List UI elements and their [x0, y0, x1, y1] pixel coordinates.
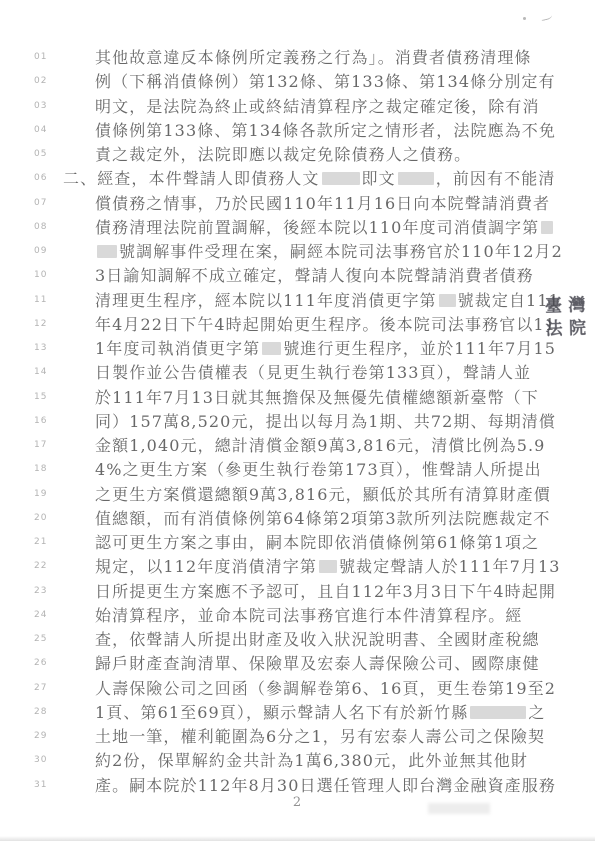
- document-line: 11清理更生程序，經本院以111年度消債更字第號裁定自111: [0, 289, 595, 313]
- line-text: 認可更生方案之事由，嗣本院即依消債條例第61條第1項之: [95, 531, 539, 555]
- document-line: 19之更生方案償還總額9萬3,816元，顯低於其所有清算財產價: [0, 483, 595, 507]
- line-text: 規定，以112年度消債清字第號裁定聲請人於111年7月13: [95, 555, 561, 579]
- document-line: 131年度司執消債更字第號進行更生程序，並於111年7月15: [0, 337, 595, 361]
- line-text: 人壽保險公司之回函（參調解卷第6、16頁，更生卷第19至2: [95, 677, 556, 701]
- document-line: 30約2份，保單解約金共計為1萬6,380元，此外並無其他財: [0, 749, 595, 773]
- line-text: 例（下稱消債條例）第132條、第133條、第134條分別定有: [95, 70, 556, 94]
- redaction-box: [398, 172, 434, 185]
- line-number: 19: [34, 483, 62, 499]
- line-number: 02: [34, 70, 62, 86]
- redaction-box: [97, 245, 117, 258]
- line-number: 12: [34, 313, 62, 329]
- document-body: 01其他故意違反本條例所定義務之行為」。消費者債務清理條02例（下稱消債條例）第…: [0, 46, 595, 798]
- line-text: 4%之更生方案（參更生執行卷第173頁），惟聲請人所提出: [95, 458, 542, 482]
- line-number: 09: [34, 240, 62, 256]
- document-line: 15於111年7月13日就其無擔保及無優先債權總額新臺幣（下: [0, 386, 595, 410]
- scan-artifact-dot: [523, 17, 526, 20]
- redaction-box: [470, 706, 526, 719]
- line-number: 26: [34, 652, 62, 668]
- court-seal-char: 臺: [545, 296, 563, 316]
- line-number: 17: [34, 434, 62, 450]
- line-text: 償債務之情事，乃於民國110年11月16日向本院聲請消費者: [95, 192, 550, 216]
- line-number: 31: [34, 774, 62, 790]
- line-number: 29: [34, 725, 62, 741]
- line-number: 07: [34, 192, 62, 208]
- document-line: 02例（下稱消債條例）第132條、第133條、第134條分別定有: [0, 70, 595, 94]
- line-number: 20: [34, 507, 62, 523]
- document-line: 29土地一筆，權利範圍為6分之1，另有宏泰人壽公司之保險契: [0, 725, 595, 749]
- line-text: 年4月22日下午4時起開始更生程序。後本院司法事務官以11: [95, 313, 556, 337]
- line-text: 其他故意違反本條例所定義務之行為」。消費者債務清理條: [95, 46, 532, 70]
- line-text: 3日諭知調解不成立確定，聲請人復向本院聲請消費者債務: [95, 264, 534, 288]
- document-line: 24始清算程序，並命本院司法事務官進行本件清算程序。經: [0, 604, 595, 628]
- line-text: 債務清理法院前置調解，後經本院以110年度司消債調字第: [95, 216, 555, 240]
- court-seal-char: 院: [569, 318, 587, 338]
- redaction-box: [439, 294, 456, 307]
- line-number: 30: [34, 749, 62, 765]
- line-text: 同）157萬8,520元，提出以每月為1期、共72期、每期清償: [95, 410, 556, 434]
- line-text: 金額1,040元，總計清償金額9萬3,816元，清償比例為5.9: [95, 434, 545, 458]
- document-line: 25查，依聲請人所提出財產及收入狀況說明書、全國財產稅總: [0, 628, 595, 652]
- line-number: 13: [34, 337, 62, 353]
- document-line: 09號調解事件受理在案，嗣經本院司法事務官於110年12月2: [0, 240, 595, 264]
- document-line: 01其他故意違反本條例所定義務之行為」。消費者債務清理條: [0, 46, 595, 70]
- court-seal-char: 灣: [568, 296, 586, 316]
- court-seal: 臺 灣 法 院: [541, 294, 589, 340]
- document-line: 20值總額，而有消債條例第64條第2項第3款所列法院應裁定不: [0, 507, 595, 531]
- document-line: 04債條例第133條、第134條各款所定之情形者，法院應為不免: [0, 119, 595, 143]
- document-line: 103日諭知調解不成立確定，聲請人復向本院聲請消費者債務: [0, 264, 595, 288]
- document-line: 281頁、第61至69頁），顯示聲請人名下有於新竹縣之: [0, 701, 595, 725]
- scanned-court-document-page: 01其他故意違反本條例所定義務之行為」。消費者債務清理條02例（下稱消債條例）第…: [0, 0, 595, 841]
- page-number: 2: [0, 795, 595, 810]
- line-number: 24: [34, 604, 62, 620]
- line-text: 二、經查，本件聲請人即債務人文即文，前因有不能清: [63, 167, 555, 191]
- document-line: 12年4月22日下午4時起開始更生程序。後本院司法事務官以11: [0, 313, 595, 337]
- line-number: 01: [34, 46, 62, 62]
- line-text: 日所提更生方案應不予認可，且自112年3月3日下午4時起開: [95, 580, 556, 604]
- redaction-box: [322, 172, 360, 185]
- line-number: 03: [34, 95, 62, 111]
- line-text: 1頁、第61至69頁），顯示聲請人名下有於新竹縣之: [95, 701, 545, 725]
- document-line: 17金額1,040元，總計清償金額9萬3,816元，清償比例為5.9: [0, 434, 595, 458]
- line-number: 21: [34, 531, 62, 547]
- redaction-box: [319, 560, 337, 573]
- line-text: 值總額，而有消債條例第64條第2項第3款所列法院應裁定不: [95, 507, 551, 531]
- line-number: 08: [34, 216, 62, 232]
- line-number: 18: [34, 458, 62, 474]
- line-number: 23: [34, 580, 62, 596]
- document-line: 23日所提更生方案應不予認可，且自112年3月3日下午4時起開: [0, 580, 595, 604]
- line-text: 之更生方案償還總額9萬3,816元，顯低於其所有清算財產價: [95, 483, 551, 507]
- line-number: 05: [34, 143, 62, 159]
- document-line: 05責之裁定外，法院即應以裁定免除債務人之債務。: [0, 143, 595, 167]
- line-number: 28: [34, 701, 62, 717]
- line-number: 06: [34, 167, 62, 183]
- line-number: 04: [34, 119, 62, 135]
- court-seal-char: 法: [545, 319, 563, 339]
- document-line: 07償債務之情事，乃於民國110年11月16日向本院聲請消費者: [0, 192, 595, 216]
- line-text: 責之裁定外，法院即應以裁定免除債務人之債務。: [95, 143, 471, 167]
- line-number: 25: [34, 628, 62, 644]
- line-number: 15: [34, 386, 62, 402]
- line-text: 歸戶財產查詢清單、保險單及宏泰人壽保險公司、國際康健: [95, 652, 540, 676]
- line-text: 號調解事件受理在案，嗣經本院司法事務官於110年12月2: [95, 240, 563, 264]
- line-text: 土地一筆，權利範圍為6分之1，另有宏泰人壽公司之保險契: [95, 725, 545, 749]
- line-text: 1年度司執消債更字第號進行更生程序，並於111年7月15: [95, 337, 556, 361]
- line-text: 始清算程序，並命本院司法事務官進行本件清算程序。經: [95, 604, 523, 628]
- line-text: 約2份，保單解約金共計為1萬6,380元，此外並無其他財: [95, 749, 528, 773]
- document-line: 03明文，是法院為終止或終結清算程序之裁定確定後，除有消: [0, 95, 595, 119]
- redaction-box: [541, 221, 553, 234]
- line-number: 11: [34, 289, 62, 305]
- line-text: 查，依聲請人所提出財產及收入狀況說明書、全國財產稅總: [95, 628, 540, 652]
- line-text: 於111年7月13日就其無擔保及無優先債權總額新臺幣（下: [95, 386, 539, 410]
- document-line: 26歸戶財產查詢清單、保險單及宏泰人壽保險公司、國際康健: [0, 652, 595, 676]
- line-number: 14: [34, 361, 62, 377]
- scan-artifact-squiggle: [540, 13, 552, 21]
- document-line: 08債務清理法院前置調解，後經本院以110年度司消債調字第: [0, 216, 595, 240]
- document-line: 14日製作並公告債權表（見更生執行卷第133頁），聲請人並: [0, 361, 595, 385]
- redaction-box: [262, 342, 281, 355]
- page-bottom-edge-shadow: [0, 836, 595, 841]
- document-line: 16同）157萬8,520元，提出以每月為1期、共72期、每期清償: [0, 410, 595, 434]
- line-text: 日製作並公告債權表（見更生執行卷第133頁），聲請人並: [95, 361, 531, 385]
- document-line: 22規定，以112年度消債清字第號裁定聲請人於111年7月13: [0, 555, 595, 579]
- line-text: 債條例第133條、第134條各款所定之情形者，法院應為不免: [95, 119, 556, 143]
- document-line: 21認可更生方案之事由，嗣本院即依消債條例第61條第1項之: [0, 531, 595, 555]
- line-text: 清理更生程序，經本院以111年度消債更字第號裁定自111: [95, 289, 560, 313]
- line-number: 22: [34, 555, 62, 571]
- document-line: 27人壽保險公司之回函（參調解卷第6、16頁，更生卷第19至2: [0, 677, 595, 701]
- document-line: 06二、經查，本件聲請人即債務人文即文，前因有不能清: [0, 167, 595, 191]
- document-line: 184%之更生方案（參更生執行卷第173頁），惟聲請人所提出: [0, 458, 595, 482]
- line-text: 明文，是法院為終止或終結清算程序之裁定確定後，除有消: [95, 95, 540, 119]
- line-number: 27: [34, 677, 62, 693]
- line-number: 10: [34, 264, 62, 280]
- line-number: 16: [34, 410, 62, 426]
